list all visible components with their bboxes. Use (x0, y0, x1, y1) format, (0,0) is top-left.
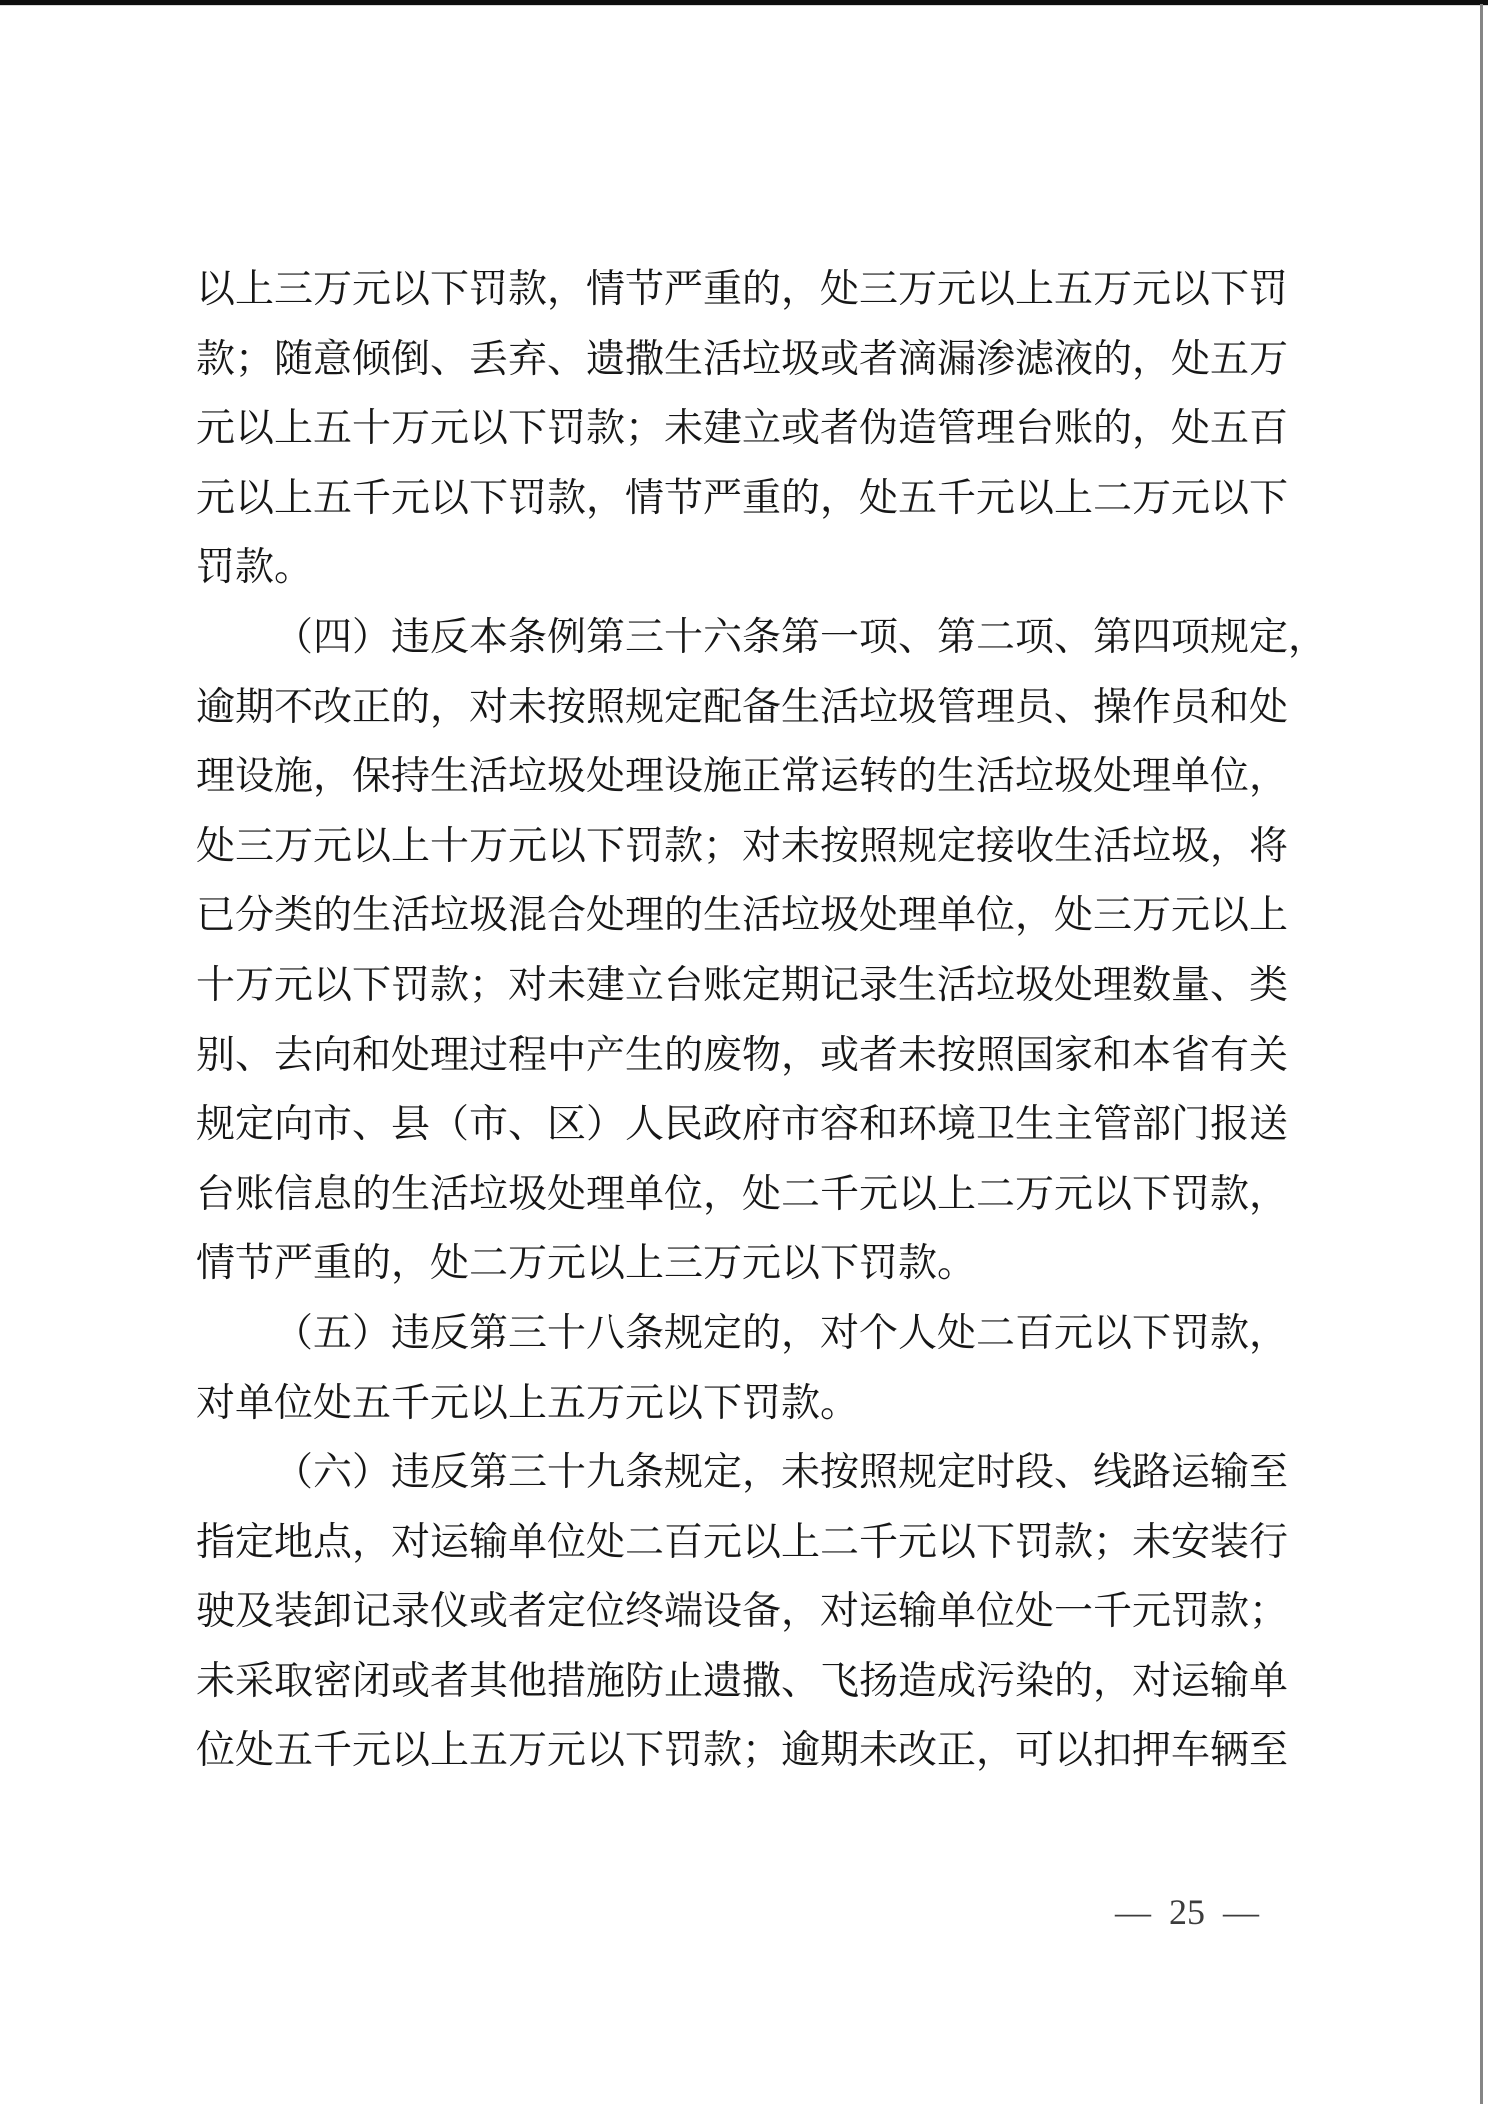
text-line: 元以上五千元以下罚款，情节严重的，处五千元以上二万元以下 (196, 464, 1304, 534)
text-line: 情节严重的，处二万元以上三万元以下罚款。 (196, 1229, 1304, 1299)
text-line: 别、去向和处理过程中产生的废物，或者未按照国家和本省有关 (196, 1021, 1304, 1091)
text-line: 位处五千元以上五万元以下罚款；逾期未改正，可以扣押车辆至 (196, 1716, 1304, 1786)
text-line: 十万元以下罚款；对未建立台账定期记录生活垃圾处理数量、类 (196, 951, 1304, 1021)
text-line: 指定地点，对运输单位处二百元以上二千元以下罚款；未安装行 (196, 1508, 1304, 1578)
text-line: 驶及装卸记录仪或者定位终端设备，对运输单位处一千元罚款； (196, 1577, 1304, 1647)
text-line: 理设施，保持生活垃圾处理设施正常运转的生活垃圾处理单位， (196, 742, 1304, 812)
text-line: 以上三万元以下罚款，情节严重的，处三万元以上五万元以下罚 (196, 255, 1304, 325)
scan-edge-top (0, 0, 1488, 6)
text-line: 未采取密闭或者其他措施防止遗撒、飞扬造成污染的，对运输单 (196, 1647, 1304, 1717)
text-line: 元以上五十万元以下罚款；未建立或者伪造管理台账的，处五百 (196, 394, 1304, 464)
text-line: 款；随意倾倒、丢弃、遗撒生活垃圾或者滴漏渗滤液的，处五万 (196, 325, 1304, 395)
text-line: 逾期不改正的，对未按照规定配备生活垃圾管理员、操作员和处 (196, 673, 1304, 743)
text-line: 已分类的生活垃圾混合处理的生活垃圾处理单位，处三万元以上 (196, 881, 1304, 951)
document-page: 以上三万元以下罚款，情节严重的，处三万元以上五万元以下罚款；随意倾倒、丢弃、遗撒… (0, 0, 1488, 2104)
text-line: 处三万元以上十万元以下罚款；对未按照规定接收生活垃圾，将 (196, 812, 1304, 882)
body-text: 以上三万元以下罚款，情节严重的，处三万元以上五万元以下罚款；随意倾倒、丢弃、遗撒… (196, 255, 1304, 1786)
text-line: 台账信息的生活垃圾处理单位，处二千元以上二万元以下罚款， (196, 1160, 1304, 1230)
text-line: （五）违反第三十八条规定的，对个人处二百元以下罚款， (196, 1299, 1304, 1369)
text-line: （四）违反本条例第三十六条第一项、第二项、第四项规定， (196, 603, 1304, 673)
page-number: — 25 — (1102, 1891, 1272, 1933)
text-line: （六）违反第三十九条规定，未按照规定时段、线路运输至 (196, 1438, 1304, 1508)
text-line: 对单位处五千元以上五万元以下罚款。 (196, 1369, 1304, 1439)
text-line: 罚款。 (196, 533, 1304, 603)
scan-edge-right (1480, 4, 1483, 2104)
text-line: 规定向市、县（市、区）人民政府市容和环境卫生主管部门报送 (196, 1090, 1304, 1160)
